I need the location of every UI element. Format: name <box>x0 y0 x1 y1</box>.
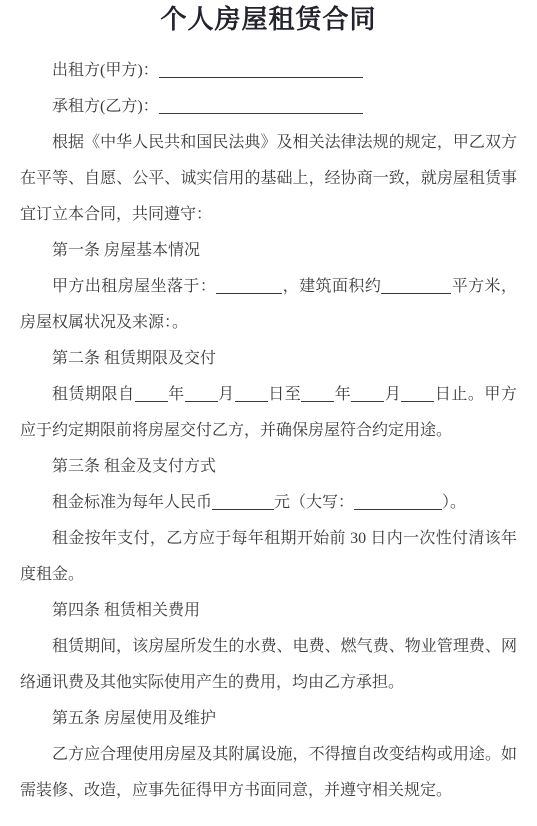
party-b-line: 承租方(乙方)： <box>20 89 517 125</box>
start-year-label: 年 <box>168 386 185 403</box>
section-3-heading: 第三条 租金及支付方式 <box>20 449 517 485</box>
party-b-name-blank-line <box>159 100 363 114</box>
section-4-heading: 第四条 租赁相关费用 <box>20 593 517 629</box>
document-title: 个人房屋租赁合同 <box>20 3 517 36</box>
end-month-blank-line <box>351 388 384 402</box>
start-month-blank-line <box>185 388 218 402</box>
section-5-heading: 第五条 房屋使用及维护 <box>20 701 517 737</box>
section-2-paragraph: 租赁期限自年月日至年月日止。甲方应于约定期限前将房屋交付乙方，并确保房屋符合约定… <box>20 377 517 449</box>
rent-sentence-end: ）。 <box>442 494 466 511</box>
house-location-label: 甲方出租房屋坐落于： <box>52 278 216 295</box>
floor-area-blank-line <box>381 280 451 294</box>
end-year-label: 年 <box>334 386 351 403</box>
party-a-line: 出租方(甲方)： <box>20 53 517 89</box>
end-month-label: 月 <box>384 386 401 403</box>
section-5-paragraph: 乙方应合理使用房屋及其附属设施，不得擅自改变结构或用途。如需装修、改造，应事先征… <box>20 737 517 809</box>
floor-area-label: ，建筑面积约 <box>282 278 381 295</box>
rental-contract-document: 个人房屋租赁合同 出租方(甲方)： 承租方(乙方)： 根据《中华人民共和国民法典… <box>0 0 537 826</box>
section-3-paragraph-1: 租金标准为每年人民币元（大写：）。 <box>20 485 517 521</box>
rent-amount-blank-line <box>212 496 274 510</box>
party-a-name-blank-line <box>159 64 363 78</box>
rent-amount-label: 租金标准为每年人民币 <box>52 494 212 511</box>
start-month-label: 月 <box>218 386 235 403</box>
end-day-blank-line <box>401 388 434 402</box>
end-year-blank-line <box>301 388 334 402</box>
section-2-heading: 第二条 租赁期限及交付 <box>20 341 517 377</box>
rent-capital-label: 元（大写： <box>274 494 354 511</box>
section-1-heading: 第一条 房屋基本情况 <box>20 233 517 269</box>
section-4-paragraph: 租赁期间，该房屋所发生的水费、电费、燃气费、物业管理费、网络通讯费及其他实际使用… <box>20 629 517 701</box>
start-day-blank-line <box>235 388 268 402</box>
lease-term-to-label: 日至 <box>268 386 302 403</box>
rent-capital-blank-line <box>354 496 442 510</box>
lease-term-from-label: 租赁期限自 <box>52 386 135 403</box>
house-location-blank-line <box>216 280 282 294</box>
start-year-blank-line <box>135 388 168 402</box>
intro-paragraph: 根据《中华人民共和国民法典》及相关法律法规的规定，甲乙双方在平等、自愿、公平、诚… <box>20 125 517 233</box>
party-b-label: 承租方(乙方)： <box>52 98 159 115</box>
section-1-paragraph: 甲方出租房屋坐落于：，建筑面积约平方米，房屋权属状况及来源：。 <box>20 269 517 341</box>
party-a-label: 出租方(甲方)： <box>52 62 159 79</box>
section-3-paragraph-2: 租金按年支付，乙方应于每年租期开始前 30 日内一次性付清该年度租金。 <box>20 521 517 593</box>
